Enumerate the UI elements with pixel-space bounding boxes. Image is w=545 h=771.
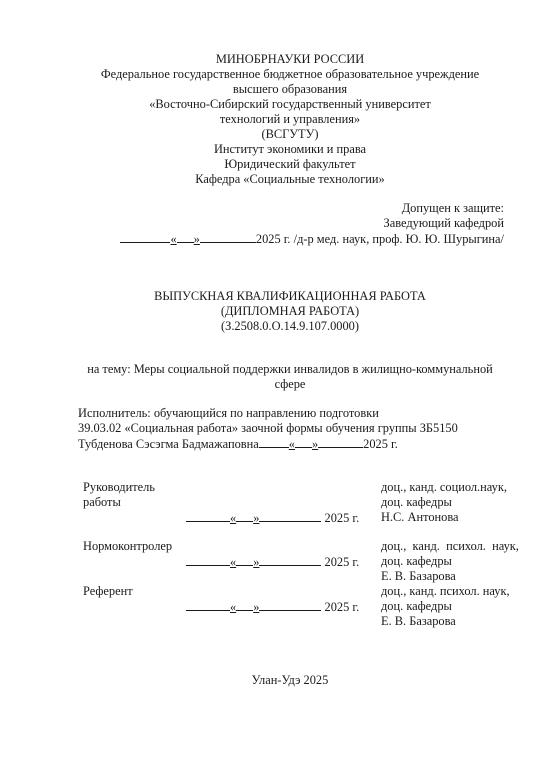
month-blank	[259, 599, 321, 611]
executor-line1: Исполнитель: обучающийся по направлению …	[78, 406, 379, 421]
approval-admitted: Допущен к защите:	[402, 201, 504, 216]
institution-type: Федеральное государственное бюджетное об…	[0, 67, 545, 82]
approval-signature-line: «»2025 г. /д-р мед. наук, проф. Ю. Ю. Шу…	[120, 231, 504, 247]
university-name-line2: технологий и управления»	[0, 112, 545, 127]
month-blank	[318, 436, 363, 448]
day-blank	[177, 231, 194, 243]
document-page: МИНОБРНАУКИ РОССИИ Федеральное государст…	[0, 0, 545, 771]
signature-blank	[186, 554, 230, 566]
position-info: доц. кафедры	[381, 599, 452, 614]
executor-name: Тубденова Сэсэгма Бадмажаповна	[78, 437, 259, 451]
role-label: Руководитель	[83, 480, 155, 495]
role-label-cont: работы	[83, 495, 121, 510]
topic-line1: на тему: Меры социальной поддержки инвал…	[0, 362, 545, 377]
department-name: Кафедра «Социальные технологии»	[0, 172, 545, 187]
executor-signature-line: Тубденова Сэсэгма Бадмажаповна«»2025 г.	[78, 436, 398, 452]
position-info: доц., канд. психол. наук,	[381, 584, 510, 599]
topic-line2: сфере	[0, 377, 545, 392]
date-line: «» 2025 г.	[186, 510, 359, 526]
role-label: Нормоконтролер	[83, 539, 172, 554]
month-blank	[259, 554, 321, 566]
institution-level: высшего образования	[0, 82, 545, 97]
month-blank	[259, 510, 321, 522]
work-subtitle: (ДИПЛОМНАЯ РАБОТА)	[0, 304, 545, 319]
city-year: Улан-Удэ 2025	[0, 673, 545, 688]
institute-name: Институт экономики и права	[0, 142, 545, 157]
position-info: доц. кафедры	[381, 554, 452, 569]
person-name: Е. В. Базарова	[381, 569, 456, 584]
date-line: «» 2025 г.	[186, 554, 359, 570]
date-line: «» 2025 г.	[186, 599, 359, 615]
month-blank	[200, 231, 256, 243]
signature-blank	[120, 231, 170, 243]
day-blank	[236, 554, 253, 566]
position-info: доц., канд. психол. наук,	[381, 539, 519, 554]
day-blank	[236, 599, 253, 611]
signature-blank	[186, 599, 230, 611]
university-name-line1: «Восточно-Сибирский государственный унив…	[0, 97, 545, 112]
day-blank	[236, 510, 253, 522]
position-info: доц., канд. социол.наук,	[381, 480, 507, 495]
ministry-name: МИНОБРНАУКИ РОССИИ	[0, 52, 545, 67]
executor-year: 2025 г.	[363, 437, 398, 451]
faculty-name: Юридический факультет	[0, 157, 545, 172]
work-title: ВЫПУСКНАЯ КВАЛИФИКАЦИОННАЯ РАБОТА	[0, 289, 545, 304]
signature-blank	[259, 436, 289, 448]
university-abbr: (ВСГУТУ)	[0, 127, 545, 142]
signature-blank	[186, 510, 230, 522]
position-info: доц. кафедры	[381, 495, 452, 510]
approval-head-title: Заведующий кафедрой	[384, 216, 505, 231]
role-label: Референт	[83, 584, 133, 599]
date-year: 2025 г.	[325, 555, 360, 569]
day-blank	[295, 436, 312, 448]
person-name: Е. В. Базарова	[381, 614, 456, 629]
date-year: 2025 г.	[325, 511, 360, 525]
work-code: (З.2508.0.О.14.9.107.0000)	[0, 319, 545, 334]
date-year: 2025 г.	[325, 600, 360, 614]
executor-line2: 39.03.02 «Социальная работа» заочной фор…	[78, 421, 458, 436]
person-name: Н.С. Антонова	[381, 510, 459, 525]
approval-date-tail: 2025 г. /д-р мед. наук, проф. Ю. Ю. Шуры…	[256, 232, 504, 246]
